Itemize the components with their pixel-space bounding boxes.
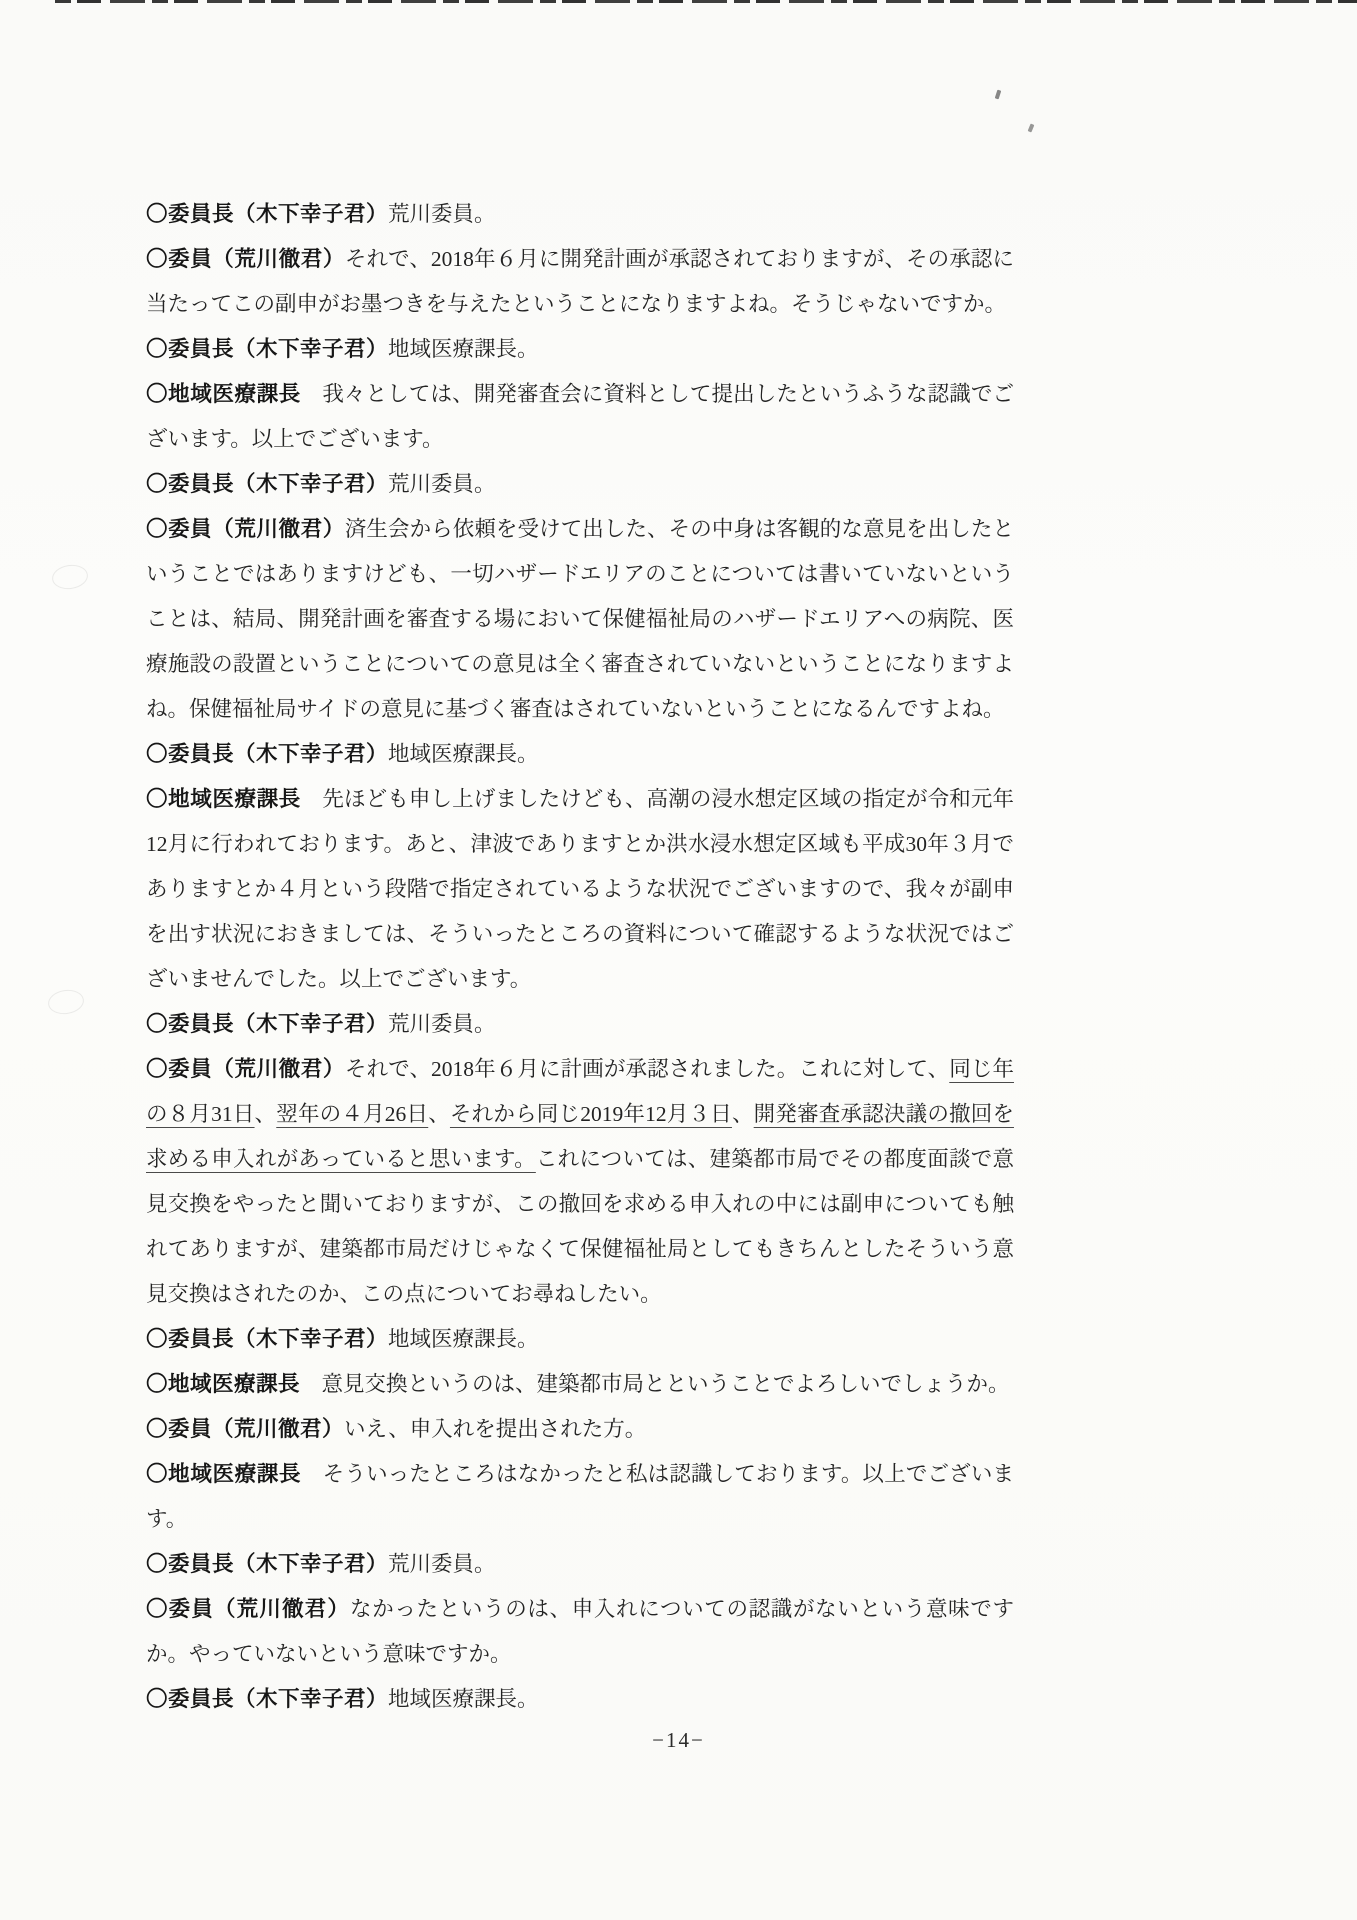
transcript-paragraph: 〇委員長（木下幸子君）地域医療課長。 [146, 327, 1014, 372]
transcript-paragraph: 〇委員長（木下幸子君）地域医療課長。 [146, 1677, 1014, 1722]
speaker-label: 〇委員（荒川徹君） [146, 1057, 345, 1081]
transcript-paragraph: 〇地域医療課長 そういったところはなかったと私は認識しております。以上でございま… [146, 1452, 1014, 1542]
speech-text: 意見交換というのは、建築都市局とということでよろしいでしょうか。 [300, 1372, 1010, 1396]
underlined-text: それから同じ2019年12月３日 [450, 1102, 732, 1126]
transcript-paragraph: 〇地域医療課長 意見交換というのは、建築都市局とということでよろしいでしょうか。 [146, 1362, 1014, 1407]
speech-text: 先ほども申し上げましたけども、高潮の浸水想定区域の指定が令和元年12月に行われて… [146, 787, 1014, 991]
speaker-label: 〇地域医療課長 [146, 382, 301, 406]
punch-hole-shadow [47, 988, 86, 1017]
transcript-paragraph: 〇委員長（木下幸子君）荒川委員。 [146, 1542, 1014, 1587]
speaker-label: 〇地域医療課長 [146, 1462, 301, 1486]
transcript-paragraph: 〇地域医療課長 我々としては、開発審査会に資料として提出したというふうな認識でご… [146, 372, 1014, 462]
speech-text: 荒川委員。 [388, 1552, 496, 1576]
speech-text: 荒川委員。 [388, 202, 496, 226]
speaker-label: 〇委員（荒川徹君） [146, 1417, 344, 1441]
speech-text: 、 [732, 1102, 754, 1126]
punch-hole-shadow [51, 563, 90, 592]
speaker-label: 〇委員（荒川徹君） [146, 247, 345, 271]
transcript-paragraph: 〇委員長（木下幸子君）荒川委員。 [146, 1002, 1014, 1047]
speaker-label: 〇委員長（木下幸子君） [146, 472, 388, 496]
transcript-paragraph: 〇委員（荒川徹君）それで、2018年６月に開発計画が承認されておりますが、その承… [146, 237, 1014, 327]
speech-text: 、 [428, 1102, 450, 1126]
speaker-label: 〇委員長（木下幸子君） [146, 337, 388, 361]
speaker-label: 〇委員長（木下幸子君） [146, 1012, 388, 1036]
speech-text: 地域医療課長。 [388, 1327, 539, 1351]
speech-text: 地域医療課長。 [388, 1687, 539, 1711]
underlined-text: 翌年の４月26日 [276, 1102, 428, 1126]
speaker-label: 〇委員長（木下幸子君） [146, 742, 388, 766]
transcript-paragraph: 〇委員長（木下幸子君）荒川委員。 [146, 462, 1014, 507]
transcript-paragraph: 〇委員（荒川徹君）それで、2018年６月に計画が承認されました。これに対して、同… [146, 1047, 1014, 1317]
speaker-label: 〇委員長（木下幸子君） [146, 202, 388, 226]
transcript-paragraph: 〇地域医療課長 先ほども申し上げましたけども、高潮の浸水想定区域の指定が令和元年… [146, 777, 1014, 1002]
speaker-label: 〇委員長（木下幸子君） [146, 1552, 388, 1576]
speech-text: いえ、申入れを提出された方。 [344, 1417, 646, 1441]
speaker-label: 〇地域医療課長 [146, 787, 301, 811]
transcript-paragraph: 〇委員（荒川徹君）いえ、申入れを提出された方。 [146, 1407, 1014, 1452]
speech-text: 地域医療課長。 [388, 337, 539, 361]
speech-text: 荒川委員。 [388, 1012, 496, 1036]
scanned-page: 〇委員長（木下幸子君）荒川委員。〇委員（荒川徹君）それで、2018年６月に開発計… [0, 0, 1357, 1920]
speech-text: 荒川委員。 [388, 472, 496, 496]
speech-text: 済生会から依頼を受けて出した、その中身は客観的な意見を出したということではありま… [146, 517, 1014, 721]
speech-text: それで、2018年６月に計画が承認されました。これに対して、 [345, 1057, 949, 1081]
scan-speck [995, 90, 1002, 100]
scan-edge-artifact [55, 0, 1357, 3]
speaker-label: 〇委員（荒川徹君） [146, 517, 345, 541]
speaker-label: 〇委員（荒川徹君） [146, 1597, 350, 1621]
transcript-paragraph: 〇委員長（木下幸子君）地域医療課長。 [146, 732, 1014, 777]
speech-text: 、 [255, 1102, 277, 1126]
transcript-paragraph: 〇委員長（木下幸子君）荒川委員。 [146, 192, 1014, 237]
transcript-paragraph: 〇委員（荒川徹君）済生会から依頼を受けて出した、その中身は客観的な意見を出したと… [146, 507, 1014, 732]
transcript-paragraph: 〇委員（荒川徹君）なかったというのは、申入れについての認識がないという意味ですか… [146, 1587, 1014, 1677]
speaker-label: 〇委員長（木下幸子君） [146, 1327, 388, 1351]
scan-speck [1028, 124, 1035, 133]
transcript: 〇委員長（木下幸子君）荒川委員。〇委員（荒川徹君）それで、2018年６月に開発計… [146, 192, 1014, 1722]
page-number: −14− [0, 1728, 1357, 1753]
speaker-label: 〇地域医療課長 [146, 1372, 300, 1396]
transcript-paragraph: 〇委員長（木下幸子君）地域医療課長。 [146, 1317, 1014, 1362]
speaker-label: 〇委員長（木下幸子君） [146, 1687, 388, 1711]
speech-text: 地域医療課長。 [388, 742, 539, 766]
